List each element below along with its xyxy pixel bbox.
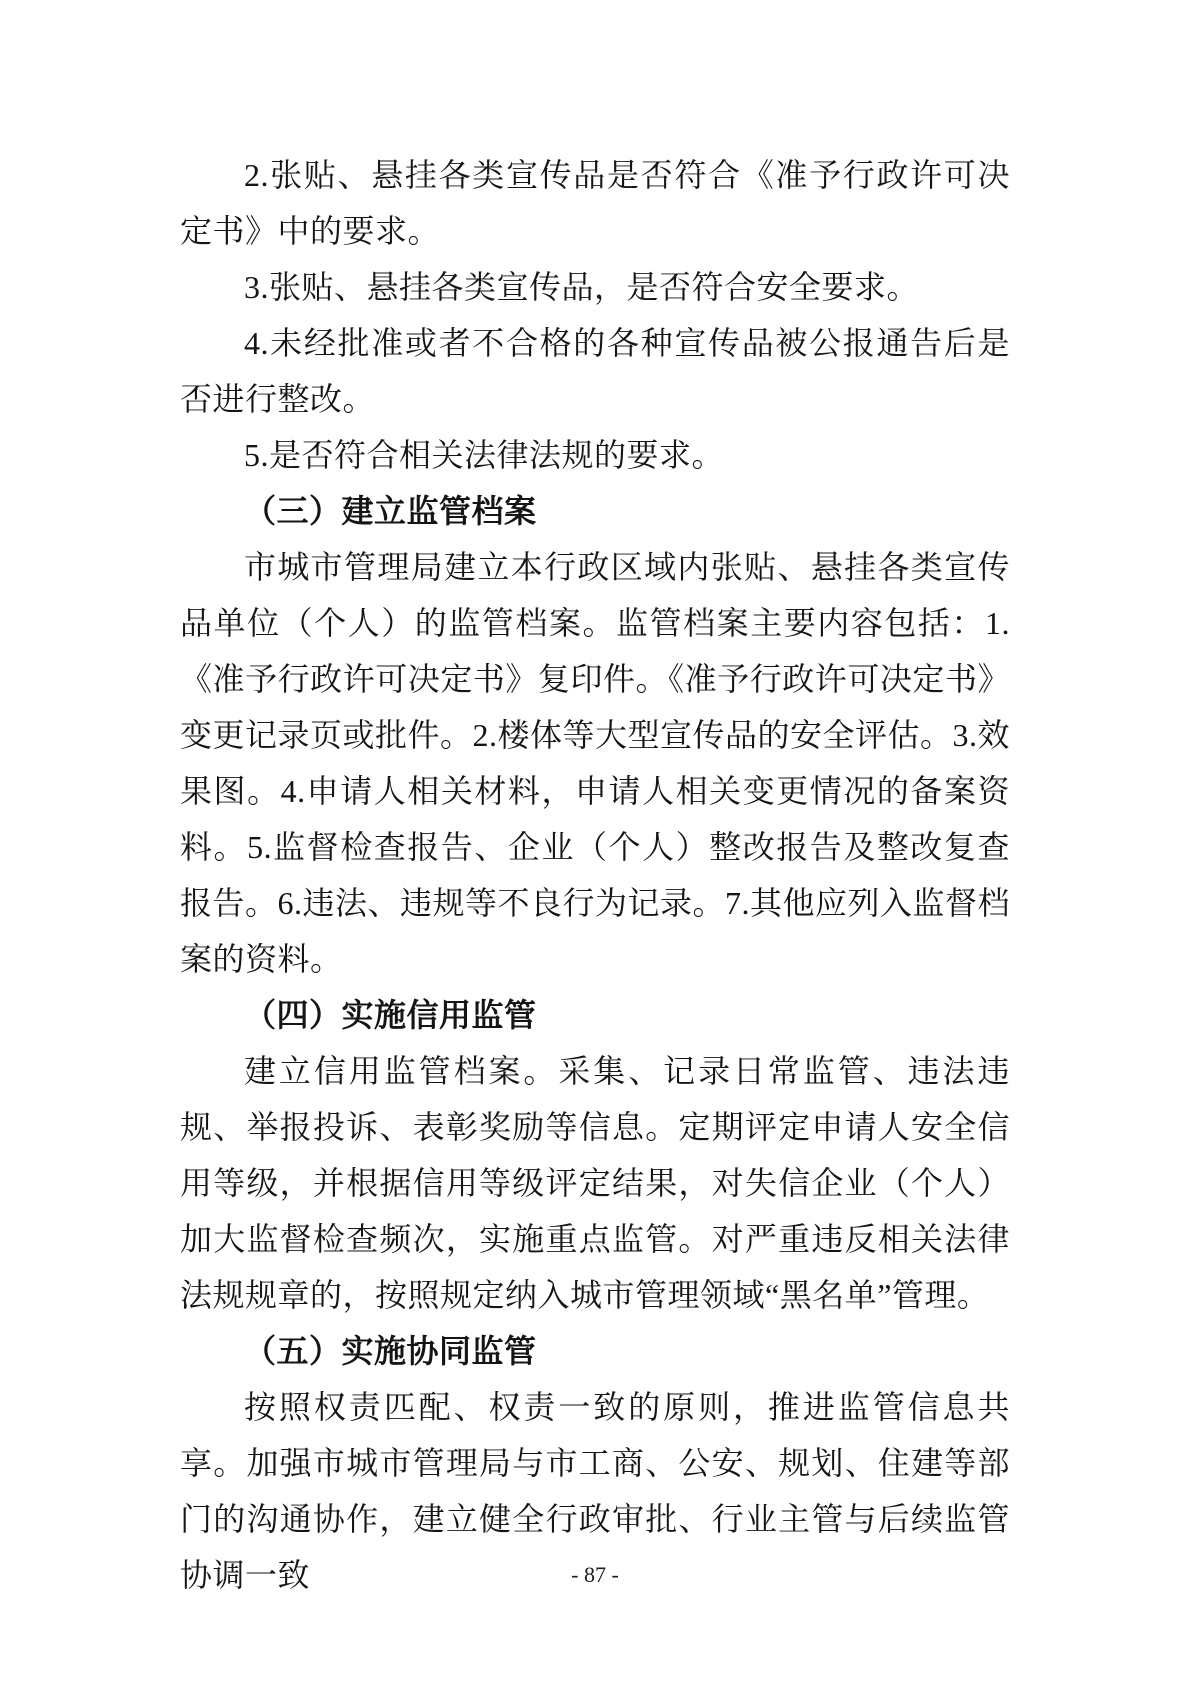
section-heading-4: （四）实施信用监管 — [180, 987, 1010, 1043]
page-number: - 87 - — [0, 1560, 1190, 1590]
document-page: 2.张贴、悬挂各类宣传品是否符合《准予行政许可决定书》中的要求。 3.张贴、悬挂… — [0, 0, 1190, 1683]
body-paragraph-archive: 市城市管理局建立本行政区域内张贴、悬挂各类宣传品单位（个人）的监管档案。监管档案… — [180, 539, 1010, 987]
section-heading-5: （五）实施协同监管 — [180, 1323, 1010, 1379]
body-paragraph-item5: 5.是否符合相关法律法规的要求。 — [180, 427, 1010, 483]
section-heading-3: （三）建立监管档案 — [180, 483, 1010, 539]
document-body: 2.张贴、悬挂各类宣传品是否符合《准予行政许可决定书》中的要求。 3.张贴、悬挂… — [180, 147, 1010, 1603]
body-paragraph-item3: 3.张贴、悬挂各类宣传品，是否符合安全要求。 — [180, 259, 1010, 315]
body-paragraph-credit: 建立信用监管档案。采集、记录日常监管、违法违规、举报投诉、表彰奖励等信息。定期评… — [180, 1043, 1010, 1323]
body-paragraph-item2: 2.张贴、悬挂各类宣传品是否符合《准予行政许可决定书》中的要求。 — [180, 147, 1010, 259]
body-paragraph-item4: 4.未经批准或者不合格的各种宣传品被公报通告后是否进行整改。 — [180, 315, 1010, 427]
